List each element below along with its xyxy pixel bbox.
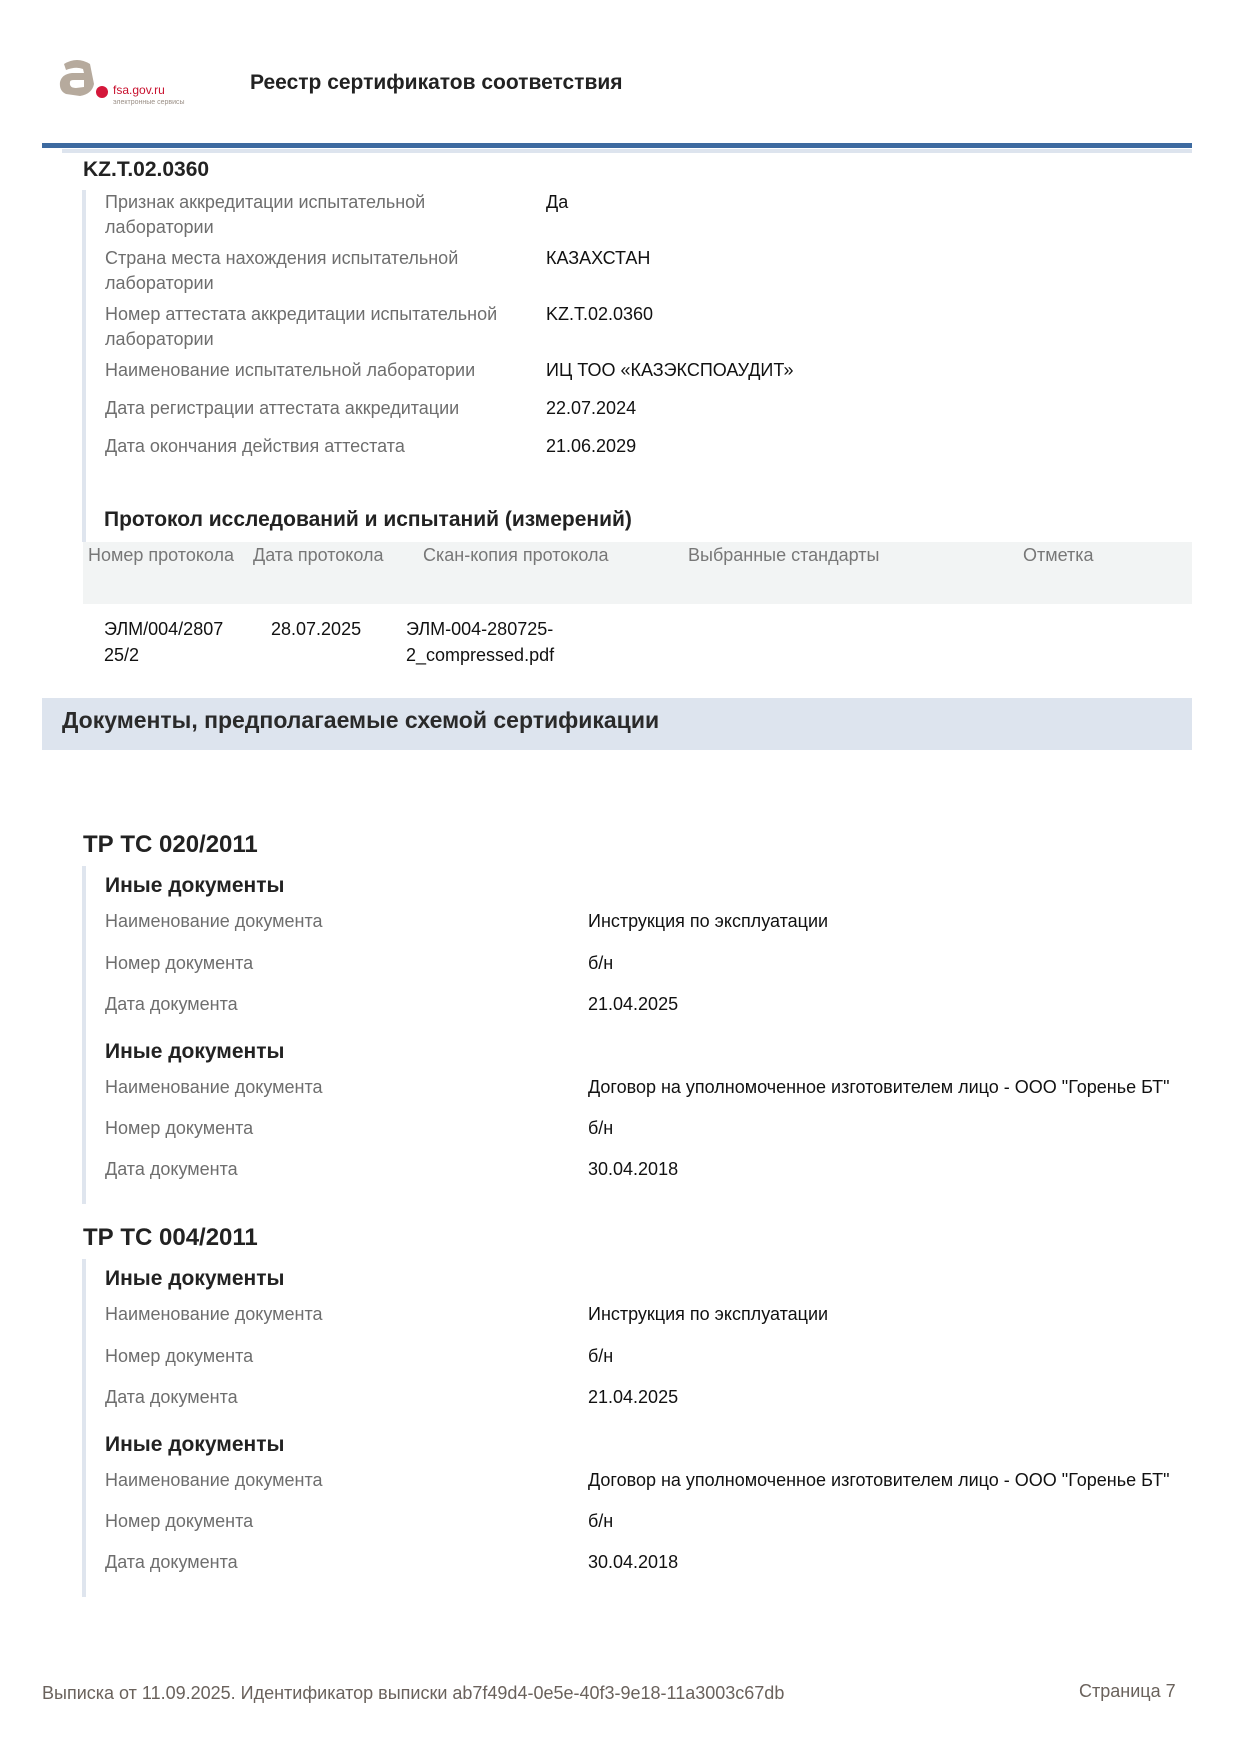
field-label: Наименование документа [105,1302,323,1327]
field-label: Признак аккредитации испытательной лабор… [105,190,525,240]
field-value: Да [546,190,568,215]
field-label: Страна места нахождения испытательной ла… [105,246,525,296]
field-value: б/н [588,1116,613,1141]
page-header: fsa.gov.ru электронные сервисы Реестр се… [0,0,1240,150]
field-value: Договор на уполномоченное изготовителем … [588,1468,1169,1493]
regulation-title: ТР ТС 020/2011 [83,831,258,859]
doc-group: Иные документы Наименование документа До… [86,1040,1236,1195]
protocol-title: Протокол исследований и испытаний (измер… [104,508,632,532]
doc-group-title: Иные документы [105,874,284,898]
field-label: Наименование документа [105,909,323,934]
field-label: Номер документа [105,951,253,976]
lab-title: KZ.T.02.0360 [83,158,209,182]
field-label: Дата документа [105,1157,238,1182]
logo-subtitle: электронные сервисы [113,99,185,106]
field-value: 22.07.2024 [546,396,636,421]
column-header-standards: Выбранные стандарты [688,543,879,568]
field-label: Наименование документа [105,1075,323,1100]
section-title: Документы, предполагаемые схемой сертифи… [62,707,659,734]
doc-group-title: Иные документы [105,1267,284,1291]
field-value: 21.04.2025 [588,1385,678,1410]
page-title: Реестр сертификатов соответствия [250,71,623,95]
field-label: Номер документа [105,1344,253,1369]
field-label: Наименование испытательной лаборатории [105,358,545,383]
field-value: КАЗАХСТАН [546,246,650,271]
regulation-block: Иные документы Наименование документа Ин… [82,1259,1232,1597]
field-value: 21.06.2029 [546,434,636,459]
field-label: Дата документа [105,992,238,1017]
field-label: Дата регистрации аттестата аккредитации [105,396,525,421]
doc-group: Иные документы Наименование документа Ин… [86,1267,1236,1422]
logo-dot-icon [96,86,108,98]
field-label: Дата документа [105,1385,238,1410]
table-row: ЭЛМ/004/2807 25/2 28.07.2025 ЭЛМ-004-280… [83,616,1192,676]
protocol-table-header: Номер протокола Дата протокола Скан-копи… [83,542,1192,604]
field-value: 21.04.2025 [588,992,678,1017]
field-value: 30.04.2018 [588,1550,678,1575]
fsa-logo[interactable]: fsa.gov.ru электронные сервисы [58,58,208,110]
lab-details: Признак аккредитации испытательной лабор… [82,190,1192,542]
doc-group: Иные документы Наименование документа До… [86,1433,1236,1588]
field-value: KZ.T.02.0360 [546,302,653,327]
field-value: 30.04.2018 [588,1157,678,1182]
field-label: Дата документа [105,1550,238,1575]
documents-section-header: Документы, предполагаемые схемой сертифи… [42,698,1192,750]
logo-domain: fsa.gov.ru [113,83,165,97]
regulation-title: ТР ТС 004/2011 [83,1224,258,1252]
column-header-number: Номер протокола [88,543,234,568]
regulation-block: Иные документы Наименование документа Ин… [82,866,1232,1204]
field-label: Дата окончания действия аттестата [105,434,525,459]
doc-group: Иные документы Наименование документа Ин… [86,874,1236,1029]
column-header-date: Дата протокола [253,543,384,568]
column-header-scan: Скан-копия протокола [423,543,608,568]
field-label: Номер документа [105,1509,253,1534]
field-value: Договор на уполномоченное изготовителем … [588,1075,1169,1100]
field-value: б/н [588,1344,613,1369]
header-divider [42,143,1192,148]
fsa-a-logo-icon [58,58,96,98]
protocol-number: ЭЛМ/004/2807 25/2 [104,616,244,668]
protocol-scan-link[interactable]: ЭЛМ-004-280725- 2_compressed.pdf [406,616,576,668]
field-value: б/н [588,951,613,976]
page-number: Страница 7 [1079,1681,1176,1702]
footer-extract-info: Выписка от 11.09.2025. Идентификатор вып… [42,1683,784,1704]
column-header-mark: Отметка [1023,543,1094,568]
field-value: б/н [588,1509,613,1534]
protocol-date: 28.07.2025 [271,616,361,642]
field-value: Инструкция по эксплуатации [588,909,828,934]
field-label: Номер аттестата аккредитации испытательн… [105,302,545,352]
field-label: Наименование документа [105,1468,323,1493]
doc-group-title: Иные документы [105,1040,284,1064]
field-value: Инструкция по эксплуатации [588,1302,828,1327]
field-label: Номер документа [105,1116,253,1141]
doc-group-title: Иные документы [105,1433,284,1457]
header-subdivider [62,149,1192,153]
field-value: ИЦ ТОО «КАЗЭКСПОАУДИТ» [546,358,794,383]
